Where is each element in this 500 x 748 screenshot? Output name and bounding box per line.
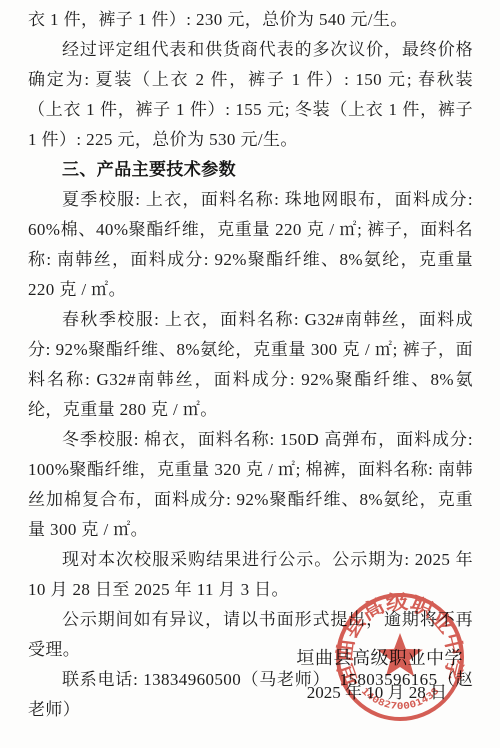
section-heading-tech-params: 三、产品主要技术参数	[28, 155, 473, 185]
paragraph-price-continuation: 衣 1 件，裤子 1 件）: 230 元，总价为 540 元/生。	[28, 5, 473, 35]
official-seal: 垣曲县高级职业中学 1408270001438	[334, 591, 466, 723]
paragraph-negotiation-result: 经过评定组代表和供货商代表的多次议价，最终价格确定为: 夏装（上衣 2 件，裤子…	[28, 35, 473, 155]
seal-code-text: 1408270001438	[359, 686, 442, 712]
seal-star-icon	[377, 633, 423, 676]
paragraph-summer-uniform-specs: 夏季校服: 上衣，面料名称: 珠地网眼布，面料成分: 60%棉、40%聚酯纤维，…	[28, 185, 473, 305]
svg-text:1408270001438: 1408270001438	[359, 686, 442, 712]
paragraph-spring-autumn-uniform-specs: 春秋季校服: 上衣，面料名称: G32#南韩丝，面料成分: 92%聚酯纤维、8%…	[28, 305, 473, 425]
paragraph-winter-uniform-specs: 冬季校服: 棉衣，面料名称: 150D 高弹布，面料成分: 100%聚酯纤维，克…	[28, 425, 473, 545]
notice-page: 衣 1 件，裤子 1 件）: 230 元，总价为 540 元/生。 经过评定组代…	[0, 0, 500, 748]
